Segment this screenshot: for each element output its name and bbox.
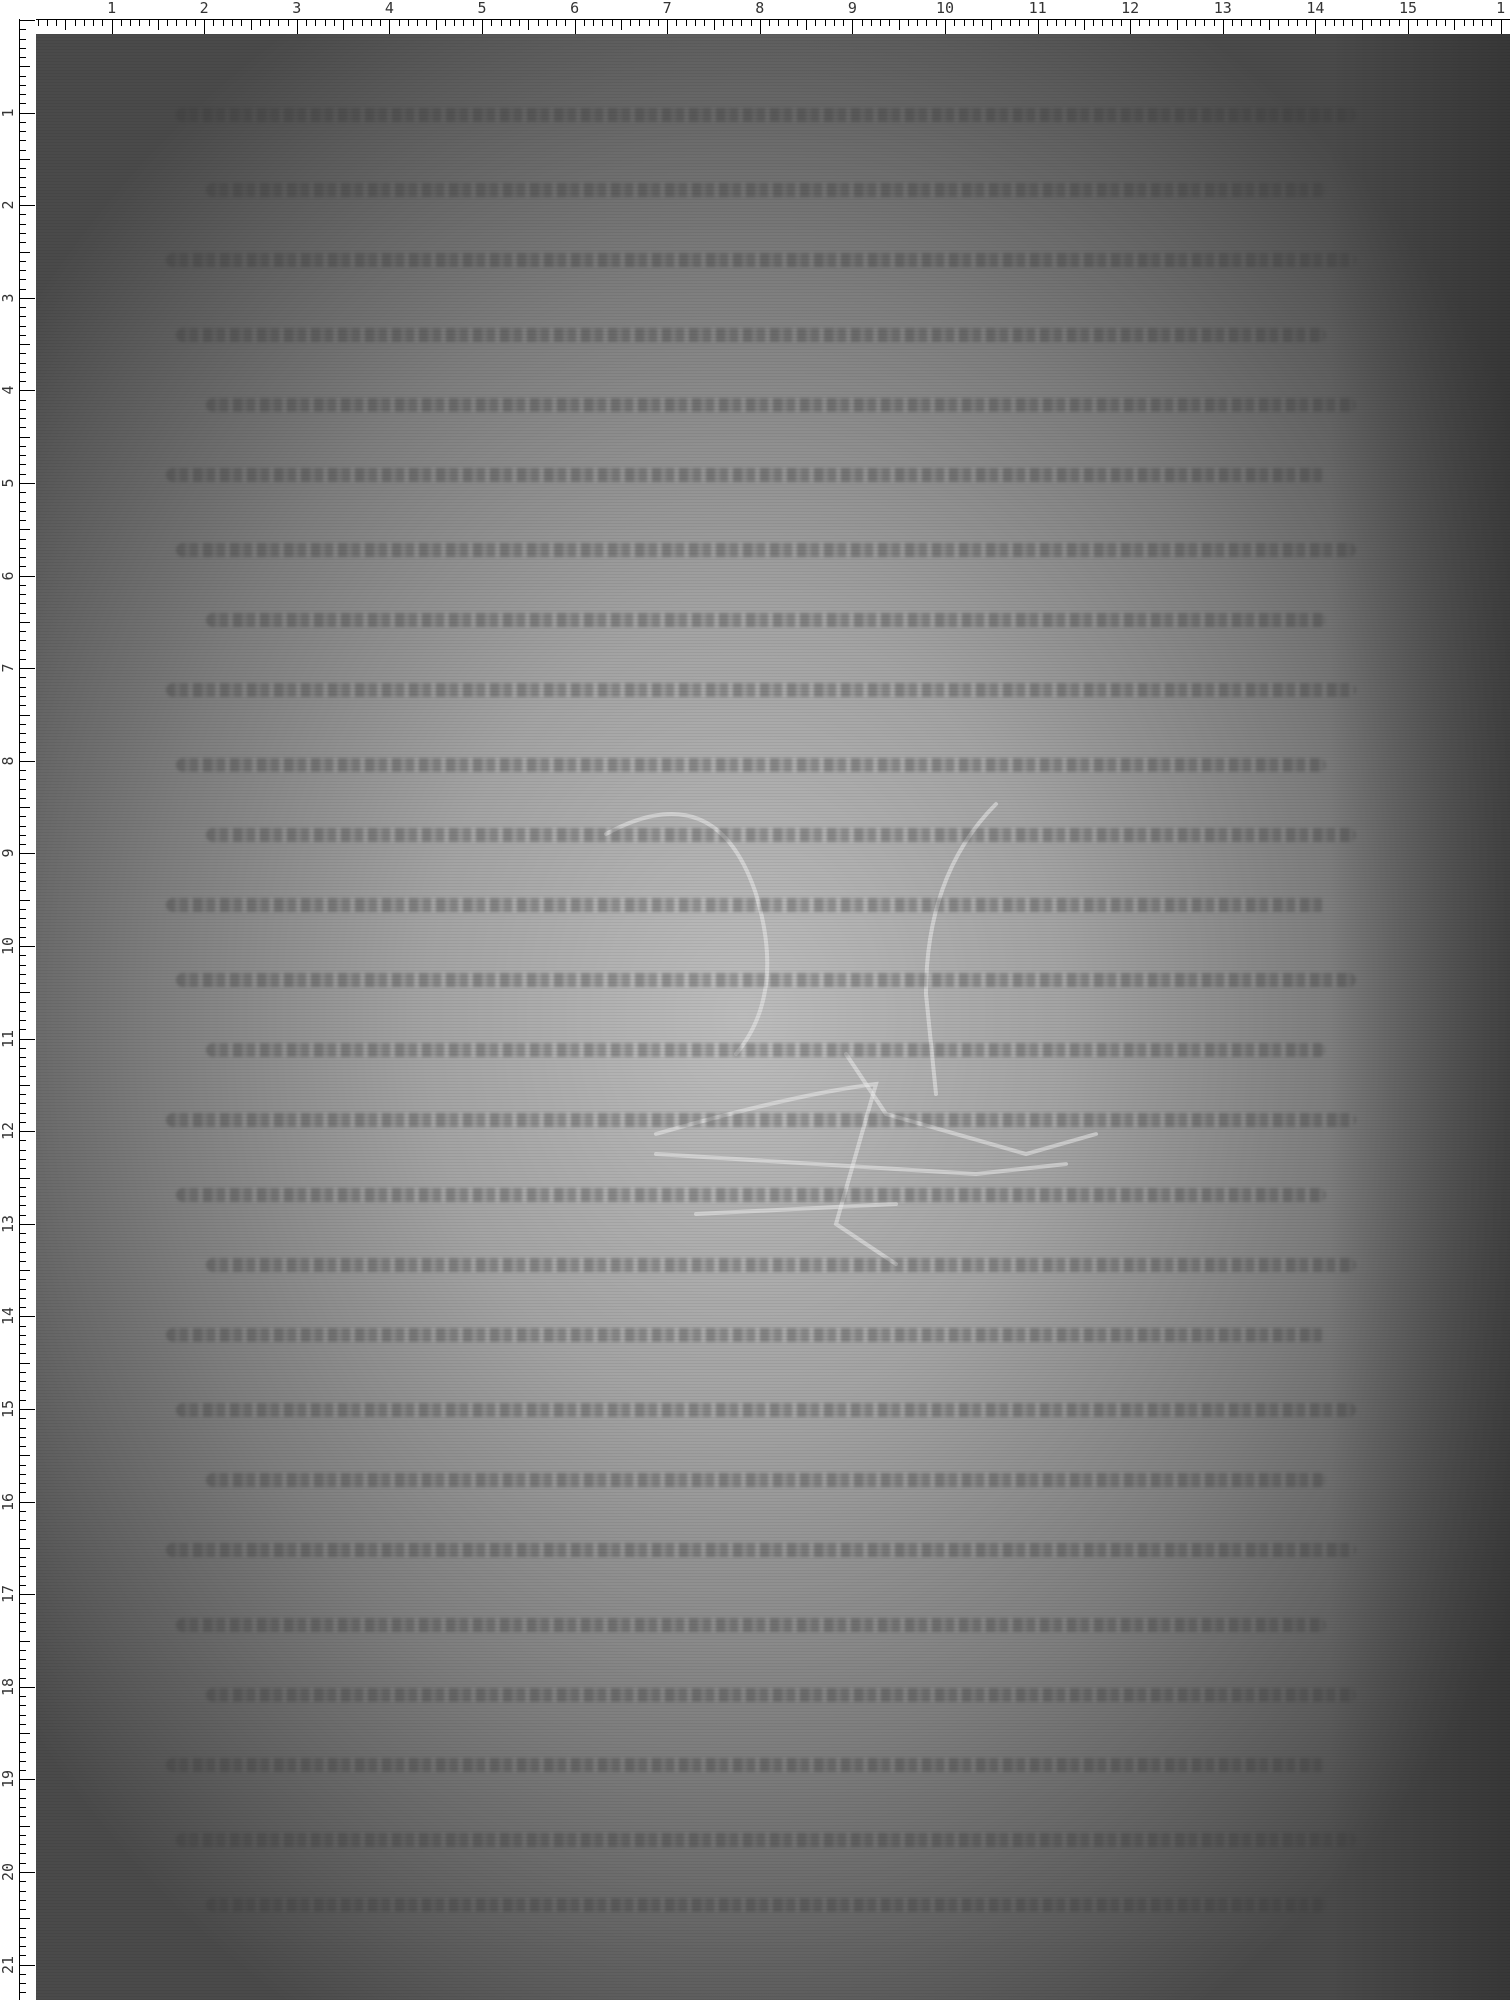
manuscript-text-line (166, 1328, 1326, 1342)
ruler-label: 4 (0, 386, 16, 395)
ruler-tick (19, 390, 35, 391)
ruler-tick (19, 1594, 35, 1595)
ruler-tick (973, 20, 974, 26)
ruler-tick (19, 1372, 26, 1373)
ruler-tick (19, 1937, 26, 1938)
manuscript-text-line (206, 1473, 1326, 1487)
manuscript-text-line (166, 683, 1356, 697)
ruler-tick (19, 1622, 26, 1623)
ruler-tick (982, 20, 983, 26)
ruler-tick (788, 20, 789, 26)
ruler-tick (825, 20, 826, 26)
ruler-tick (19, 974, 26, 975)
ruler-tick (1019, 20, 1020, 26)
ruler-tick (556, 20, 557, 26)
ruler-tick (1093, 20, 1094, 26)
ruler-tick (769, 20, 770, 26)
ruler-tick (1047, 20, 1048, 26)
ruler-tick (593, 20, 594, 26)
ruler-tick (19, 1872, 35, 1873)
ruler-tick (19, 1011, 26, 1012)
horizontal-ruler-line (19, 19, 1510, 20)
ruler-tick (19, 1492, 26, 1493)
ruler-tick (19, 770, 26, 771)
ruler-label: 11 (1029, 0, 1047, 16)
ruler-tick (19, 844, 26, 845)
ruler-tick (19, 1974, 26, 1975)
ruler-label: 11 (0, 1030, 16, 1048)
ruler-tick (306, 20, 307, 26)
ruler-tick (1195, 20, 1196, 26)
manuscript-text-line (166, 1113, 1356, 1127)
ruler-label: 4 (385, 0, 394, 16)
ruler-tick (19, 1696, 26, 1697)
manuscript-text-line (176, 1188, 1326, 1202)
ruler-tick (380, 20, 381, 26)
ruler-tick (501, 20, 502, 26)
ruler-tick (667, 20, 668, 34)
ruler-tick (19, 1928, 26, 1929)
ruler-tick (19, 1603, 26, 1604)
ruler-tick (676, 20, 677, 26)
ruler-tick (19, 1826, 30, 1827)
ruler-tick (1204, 20, 1205, 26)
ruler-label: 10 (0, 937, 16, 955)
ruler-tick (19, 196, 26, 197)
ruler-tick (1473, 20, 1474, 26)
ruler-tick (19, 1613, 26, 1614)
ruler-tick (463, 20, 464, 26)
ruler-label: 18 (0, 1678, 16, 1696)
ruler-tick (38, 20, 39, 26)
ruler-tick (19, 502, 26, 503)
ruler-tick (964, 20, 965, 26)
ruler-tick (19, 1020, 26, 1021)
ruler-tick (19, 168, 26, 169)
ruler-tick (1214, 20, 1215, 26)
ruler-tick (19, 464, 26, 465)
ruler-tick (19, 1353, 26, 1354)
ruler-tick (1010, 20, 1011, 26)
ruler-tick (19, 937, 26, 938)
ruler-tick (19, 548, 26, 549)
ruler-tick (334, 20, 335, 26)
ruler-tick (139, 20, 140, 26)
ruler-tick (19, 1085, 30, 1086)
ruler-tick (880, 20, 881, 26)
ruler-tick (19, 1687, 35, 1688)
ruler-tick (19, 826, 26, 827)
ruler-tick (630, 20, 631, 26)
ruler-tick (19, 1900, 26, 1901)
manuscript-text-line (176, 1833, 1356, 1847)
ruler-label: 9 (0, 849, 16, 858)
ruler-tick (19, 1705, 26, 1706)
manuscript-text-line (206, 1688, 1356, 1702)
ruler-tick (1399, 20, 1400, 26)
ruler-tick (362, 20, 363, 26)
ruler-tick (19, 1400, 26, 1401)
ruler-tick (19, 1474, 26, 1475)
ruler-tick (1436, 20, 1437, 26)
ruler-tick (19, 344, 30, 345)
ruler-tick (945, 20, 946, 34)
ruler-tick (19, 1779, 35, 1780)
ruler-tick (686, 20, 687, 26)
ruler-tick (19, 437, 30, 438)
ruler-tick (1241, 20, 1242, 26)
ruler-label: 17 (0, 1585, 16, 1603)
ruler-label: 13 (1214, 0, 1232, 16)
ruler-tick (19, 409, 26, 410)
ruler-tick (19, 122, 26, 123)
ruler-tick (454, 20, 455, 26)
ruler-tick (908, 20, 909, 26)
ruler-tick (352, 20, 353, 26)
ruler-label: 5 (0, 478, 16, 487)
ruler-tick (19, 224, 26, 225)
ruler-tick (1288, 20, 1289, 26)
ruler-tick (19, 520, 26, 521)
ruler-tick (473, 20, 474, 26)
manuscript-text-line (206, 398, 1356, 412)
ruler-tick (19, 307, 26, 308)
ruler-tick (19, 1502, 35, 1503)
ruler-tick (371, 20, 372, 26)
ruler-tick (1445, 20, 1446, 26)
ruler-tick (19, 715, 30, 716)
ruler-tick (19, 483, 35, 484)
ruler-tick (130, 20, 131, 26)
ruler-tick (297, 20, 298, 34)
ruler-tick (19, 1437, 26, 1438)
ruler-label: 20 (0, 1863, 16, 1881)
ruler-tick (19, 1918, 30, 1919)
ruler-tick (19, 1863, 26, 1864)
ruler-tick (1223, 20, 1224, 34)
manuscript-text-line (176, 1618, 1326, 1632)
ruler-tick (19, 622, 30, 623)
ruler-tick (19, 1076, 26, 1077)
ruler-tick (19, 863, 26, 864)
ruler-tick (241, 20, 242, 26)
ruler-label: 12 (1121, 0, 1139, 16)
ruler-tick (84, 20, 85, 26)
ruler-tick (1315, 20, 1316, 34)
ruler-tick (19, 1066, 26, 1067)
ruler-tick (278, 20, 279, 26)
ruler-tick (19, 529, 30, 530)
ruler-tick (19, 1316, 35, 1317)
ruler-tick (19, 650, 26, 651)
ruler-tick (19, 1326, 26, 1327)
ruler-tick (19, 668, 35, 669)
ruler-tick (612, 20, 613, 26)
ruler-tick (19, 1511, 26, 1512)
ruler-tick (1427, 20, 1428, 26)
ruler-tick (19, 1039, 35, 1040)
ruler-tick (19, 1289, 26, 1290)
ruler-tick (19, 585, 26, 586)
ruler-tick (19, 539, 26, 540)
ruler-tick (19, 733, 26, 734)
ruler-tick (19, 1390, 26, 1391)
manuscript-text-line (206, 183, 1326, 197)
ruler-tick (19, 1733, 30, 1734)
ruler-tick (19, 455, 26, 456)
ruler-tick (426, 20, 427, 26)
ruler-tick (19, 150, 26, 151)
ruler-tick (19, 659, 26, 660)
ruler-tick (1482, 20, 1483, 26)
ruler-tick (732, 20, 733, 26)
ruler-tick (65, 20, 66, 30)
manuscript-text-line (176, 108, 1356, 122)
ruler-tick (19, 1668, 26, 1669)
ruler-label: 1 (0, 108, 16, 117)
ruler-tick (19, 1844, 26, 1845)
manuscript-text-line (206, 613, 1326, 627)
ruler-tick (1038, 20, 1039, 34)
ruler-tick (176, 20, 177, 26)
ruler-tick (19, 1965, 35, 1966)
ruler-tick (102, 20, 103, 26)
ruler-tick (695, 20, 696, 26)
ruler-tick (19, 335, 26, 336)
ruler-tick (658, 20, 659, 26)
ruler-tick (19, 900, 30, 901)
ruler-tick (389, 20, 390, 34)
ruler-tick (19, 1548, 30, 1549)
ruler-tick (1001, 20, 1002, 26)
ruler-tick (19, 1279, 26, 1280)
ruler-tick (288, 20, 289, 26)
ruler-tick (760, 20, 761, 34)
ruler-tick (19, 279, 26, 280)
ruler-tick (19, 1131, 35, 1132)
ruler-tick (917, 20, 918, 26)
ruler-label: 14 (1306, 0, 1324, 16)
ruler-tick (19, 187, 26, 188)
ruler-tick (19, 103, 26, 104)
ruler-tick (714, 20, 715, 30)
ruler-tick (649, 20, 650, 26)
ruler-tick (1371, 20, 1372, 26)
vertical-ruler: 123456789101112131415161718192021 (0, 0, 36, 2000)
ruler-label: 15 (0, 1400, 16, 1418)
ruler-tick (149, 20, 150, 26)
ruler-label: 2 (200, 0, 209, 16)
ruler-tick (19, 1770, 26, 1771)
ruler-tick (19, 1178, 30, 1179)
ruler-tick (926, 20, 927, 26)
ruler-tick (547, 20, 548, 26)
ruler-tick (19, 1048, 26, 1049)
ruler-tick (213, 20, 214, 26)
ruler-tick (565, 20, 566, 26)
ruler-tick (1417, 20, 1418, 26)
ruler-tick (1075, 20, 1076, 26)
ruler-tick (19, 1742, 26, 1743)
ruler-tick (1334, 20, 1335, 26)
ruler-tick (19, 20, 35, 21)
ruler-tick (19, 1724, 26, 1725)
ruler-label: 1 (107, 0, 116, 16)
ruler-label: 13 (0, 1215, 16, 1233)
ruler-tick (19, 159, 30, 160)
ruler-tick (19, 946, 35, 947)
ruler-tick (1454, 20, 1455, 30)
ruler-tick (19, 353, 26, 354)
ruler-tick (19, 1557, 26, 1558)
ruler-tick (704, 20, 705, 26)
ruler-tick (19, 474, 26, 475)
ruler-tick (19, 1529, 26, 1530)
ruler-tick (482, 20, 483, 34)
ruler-tick (19, 640, 26, 641)
ruler-tick (19, 113, 35, 114)
ruler-tick (19, 252, 30, 253)
edge-shadow (1330, 34, 1510, 2000)
ruler-tick (19, 270, 26, 271)
ruler-tick (399, 20, 400, 26)
ruler-tick (19, 1715, 26, 1716)
ruler-tick (19, 1789, 26, 1790)
ruler-tick (834, 20, 835, 26)
ruler-tick (19, 492, 26, 493)
ruler-tick (1278, 20, 1279, 26)
ruler-tick (19, 140, 26, 141)
ruler-tick (19, 1205, 26, 1206)
ruler-tick (19, 1566, 26, 1567)
ruler-tick (528, 20, 529, 30)
ruler-tick (19, 1465, 26, 1466)
ruler-tick (19, 94, 26, 95)
ruler-tick (19, 881, 26, 882)
ruler-tick (19, 1428, 26, 1429)
ruler-tick (19, 1057, 26, 1058)
ruler-label: 6 (570, 0, 579, 16)
ruler-label: 19 (0, 1770, 16, 1788)
ruler-tick (19, 705, 26, 706)
ruler-label: 6 (0, 571, 16, 580)
ruler-tick (436, 20, 437, 30)
manuscript-text-line (206, 1258, 1356, 1272)
ruler-tick (19, 890, 26, 891)
ruler-label: 7 (0, 664, 16, 673)
ruler-tick (19, 1539, 26, 1540)
ruler-tick (1408, 20, 1409, 34)
ruler-tick (19, 1150, 26, 1151)
ruler-tick (19, 57, 26, 58)
ruler-tick (19, 48, 26, 49)
ruler-tick (19, 205, 35, 206)
ruler-tick (19, 66, 30, 67)
ruler-tick (260, 20, 261, 26)
ruler-tick (1056, 20, 1057, 26)
ruler-tick (19, 1455, 30, 1456)
ruler-tick (1269, 20, 1270, 30)
ruler-tick (954, 20, 955, 26)
ruler-tick (19, 798, 26, 799)
ruler-tick (19, 1002, 26, 1003)
ruler-tick (621, 20, 622, 30)
ruler-label: 5 (477, 0, 486, 16)
ruler-tick (19, 631, 26, 632)
ruler-label: 3 (292, 0, 301, 16)
ruler-tick (1464, 20, 1465, 26)
ruler-tick (19, 752, 26, 753)
ruler-tick (1389, 20, 1390, 26)
ruler-tick (1362, 20, 1363, 30)
ruler-tick (519, 20, 520, 26)
ruler-tick (1112, 20, 1113, 26)
ruler-tick (19, 363, 26, 364)
ruler-tick (1028, 20, 1029, 26)
ruler-tick (167, 20, 168, 26)
ruler-tick (723, 20, 724, 26)
ruler-tick (19, 1520, 26, 1521)
ruler-label: 16 (0, 1493, 16, 1511)
ruler-tick (47, 20, 48, 26)
ruler-tick (19, 418, 26, 419)
ruler-tick (936, 20, 937, 26)
ruler-tick (232, 20, 233, 26)
ruler-tick (815, 20, 816, 26)
ruler-tick (19, 779, 26, 780)
manuscript-text-line (206, 828, 1356, 842)
ruler-tick (19, 909, 26, 910)
ruler-tick (19, 1881, 26, 1882)
ruler-tick (19, 372, 26, 373)
ruler-tick (19, 1344, 26, 1345)
ruler-tick (1491, 20, 1492, 26)
ruler-tick (19, 76, 26, 77)
ruler-tick (19, 1029, 26, 1030)
ruler-tick (19, 1576, 26, 1577)
ruler-tick (19, 1955, 26, 1956)
ruler-tick (19, 955, 26, 956)
ruler-tick (19, 1816, 26, 1817)
ruler-tick (19, 1270, 30, 1271)
ruler-tick (19, 853, 35, 854)
ruler-tick (19, 1650, 26, 1651)
ruler-tick (491, 20, 492, 26)
ruler-tick (1158, 20, 1159, 26)
manuscript-text-line (176, 543, 1356, 557)
ruler-tick (602, 20, 603, 26)
ruler-tick (19, 1168, 26, 1169)
ruler-tick (343, 20, 344, 30)
ruler-tick (19, 1752, 26, 1753)
ruler-tick (19, 1113, 26, 1114)
ruler-label: 8 (755, 0, 764, 16)
ruler-tick (121, 20, 122, 26)
ruler-tick (1065, 20, 1066, 26)
ruler-tick (19, 1992, 26, 1993)
ruler-tick (19, 1891, 26, 1892)
manuscript-text-line (206, 1043, 1326, 1057)
manuscript-text-line (166, 1758, 1326, 1772)
ruler-tick (19, 1242, 26, 1243)
ruler-tick (1380, 20, 1381, 26)
ruler-tick (19, 1233, 26, 1234)
ruler-tick (19, 1678, 26, 1679)
ruler-tick (19, 1196, 26, 1197)
ruler-tick (19, 1983, 26, 1984)
ruler-label: 14 (0, 1307, 16, 1325)
ruler-label: 9 (848, 0, 857, 16)
